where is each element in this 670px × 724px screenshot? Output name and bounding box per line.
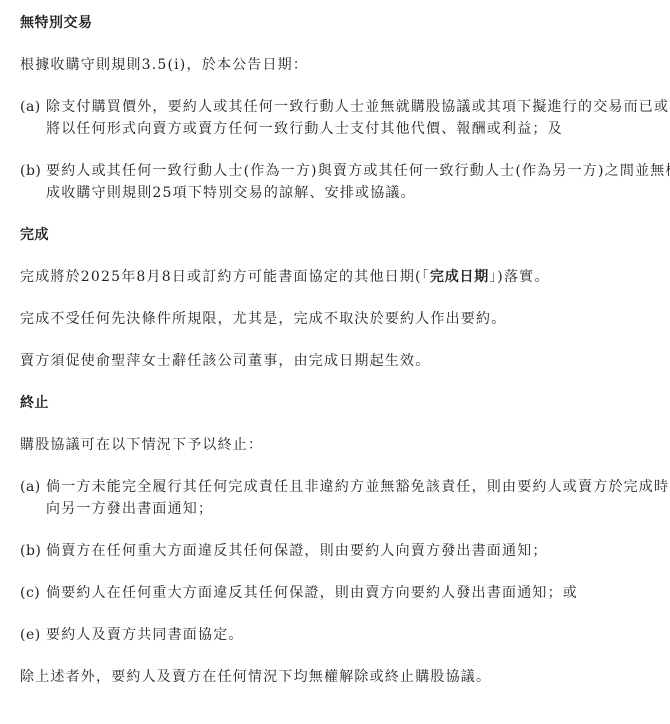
list-item-text-line1: 要約人或其任何一致行動人士(作為一方)與賣方或其任何一致行動人士(作為另一方)之… [46, 162, 670, 180]
defined-term-completion-date: 完成日期 [430, 269, 489, 285]
list-item-text: 要約人及賣方共同書面協定。 [46, 626, 244, 644]
list-marker: (a) [20, 478, 46, 496]
list-item-text-line2: 將以任何形式向賣方或賣方任何一致行動人士支付其他代價、報酬或利益；及 [46, 120, 563, 138]
completion-date-text-prefix: 完成將於2025年8月8日或訂約方可能書面協定的其他日期(「 [20, 269, 430, 285]
paragraph-director-resignation: 賣方須促使俞聖萍女士辭任該公司董事，由完成日期起生效。 [20, 352, 655, 370]
list-item-text-line2: 向另一方發出書面通知； [46, 500, 213, 518]
list-item-text-line1: 倘一方未能完全履行其任何完成責任且非違約方並無豁免該責任，則由要約人或賣方於完成… [46, 478, 669, 496]
paragraph-termination-intro: 購股協議可在以下情況下予以終止： [20, 436, 655, 454]
list-marker: (b) [20, 162, 46, 180]
list-marker: (a) [20, 98, 46, 116]
document-page: 無特別交易 根據收購守則規則3.5(i)，於本公告日期： (a) 除支付購買價外… [0, 0, 670, 724]
paragraph-completion-date: 完成將於2025年8月8日或訂約方可能書面協定的其他日期(「完成日期」)落實。 [20, 268, 655, 286]
section-heading-termination: 終止 [20, 394, 49, 412]
section-heading-no-special-deals: 無特別交易 [20, 14, 93, 32]
paragraph-rule-3-5: 根據收購守則規則3.5(i)，於本公告日期： [20, 56, 655, 74]
paragraph-termination-closing: 除上述者外，要約人及賣方在任何情況下均無權解除或終止購股協議。 [20, 668, 655, 686]
paragraph-no-conditions: 完成不受任何先決條件所規限，尤其是，完成不取決於要約人作出要約。 [20, 310, 655, 328]
list-marker: (e) [20, 626, 46, 644]
list-item-text: 倘要約人在任何重大方面違反其任何保證，則由賣方向要約人發出書面通知；或 [46, 584, 578, 602]
list-item-text-line2: 成收購守則規則25項下特別交易的諒解、安排或協議。 [46, 184, 416, 202]
completion-date-text-suffix: 」)落實。 [489, 269, 549, 285]
list-marker: (c) [20, 584, 46, 602]
section-heading-completion: 完成 [20, 226, 49, 244]
list-item-text: 倘賣方在任何重大方面違反其任何保證，則由要約人向賣方發出書面通知； [46, 542, 548, 560]
list-item-text-line1: 除支付購買價外，要約人或其任何一致行動人士並無就購股協議或其項下擬進行的交易而已… [46, 98, 669, 116]
list-marker: (b) [20, 542, 46, 560]
